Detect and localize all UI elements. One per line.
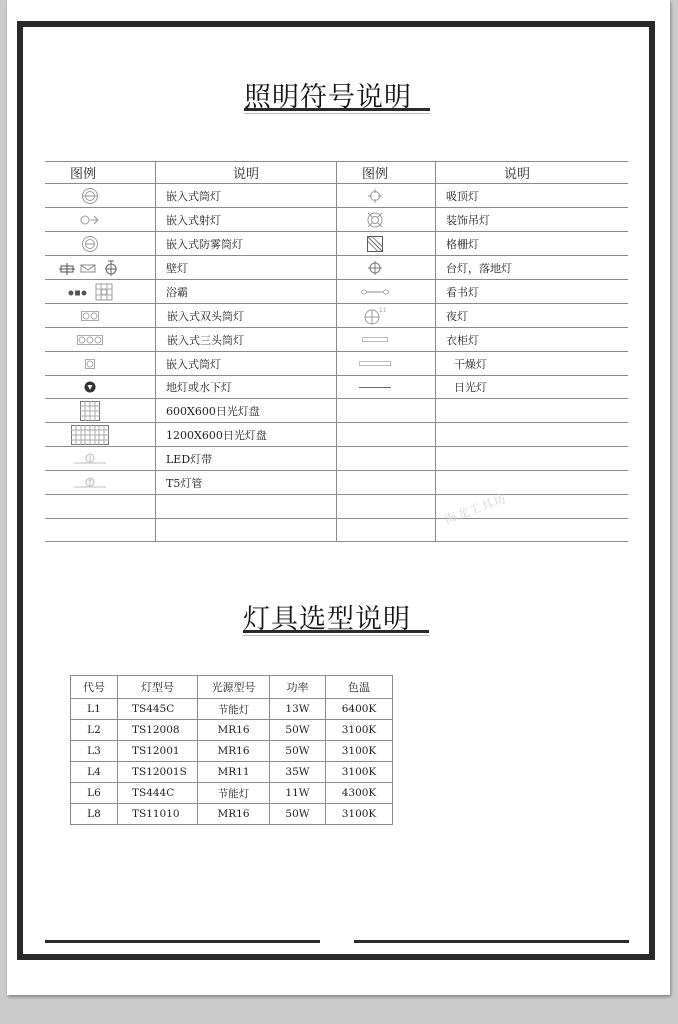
cell-fixture-model: TS444C bbox=[118, 783, 198, 804]
signature-line-left bbox=[45, 940, 320, 943]
cell-color-temp: 3100K bbox=[326, 741, 393, 762]
header-light-source: 光源型号 bbox=[198, 676, 270, 699]
dryer-lamp-icon bbox=[337, 352, 413, 375]
legend-left-label: 壁灯 bbox=[156, 256, 336, 279]
recessed-spotlight-icon bbox=[45, 208, 135, 231]
led-strip-icon bbox=[45, 447, 135, 470]
cell-light-source: 节能灯 bbox=[198, 783, 270, 804]
legend-left-label: 浴霸 bbox=[156, 280, 336, 303]
legend-right-label: 衣柜灯 bbox=[436, 328, 626, 351]
legend-left-label: 1200X600日光灯盘 bbox=[156, 423, 336, 446]
cell-power: 13W bbox=[270, 699, 326, 720]
legend-left-label: 地灯或水下灯 bbox=[156, 376, 336, 398]
legend-left-label: 嵌入式三头筒灯 bbox=[157, 328, 337, 351]
title-underline bbox=[244, 108, 430, 111]
legend-left-label: 嵌入式双头筒灯 bbox=[157, 304, 337, 327]
cell-power: 50W bbox=[270, 804, 326, 825]
table-row: L3 TS12001 MR16 50W 3100K bbox=[71, 741, 393, 762]
fluorescent-lamp-icon bbox=[337, 376, 413, 398]
signature-line-right bbox=[354, 940, 629, 943]
cell-fixture-model: TS12008 bbox=[118, 720, 198, 741]
decorative-chandelier-icon bbox=[337, 208, 413, 231]
table-row: L2 TS12008 MR16 50W 3100K bbox=[71, 720, 393, 741]
title-underline-thin bbox=[244, 113, 430, 114]
cell-light-source: MR16 bbox=[198, 804, 270, 825]
document-page: 照明符号说明 图例 说明 图例 说明 bbox=[7, 0, 670, 995]
cell-fixture-model: TS12001S bbox=[118, 762, 198, 783]
recessed-double-downlight-icon bbox=[45, 304, 135, 327]
cell-light-source: MR11 bbox=[198, 762, 270, 783]
legend-right-label: 干燥灯 bbox=[444, 352, 634, 375]
header-description-left: 说明 bbox=[156, 162, 336, 183]
ceiling-lamp-icon bbox=[337, 184, 413, 207]
legend-left-label: 嵌入式射灯 bbox=[156, 208, 336, 231]
recessed-triple-downlight-icon bbox=[45, 328, 135, 351]
legend-left-label: 600X600日光灯盘 bbox=[156, 399, 336, 422]
panel-600x600-icon bbox=[45, 399, 135, 422]
legend-right-label: 格栅灯 bbox=[436, 232, 626, 255]
fixture-selection-table: 代号 灯型号 光源型号 功率 色温 L1 TS445C 节能灯 13W 6400… bbox=[70, 675, 393, 825]
cell-power: 11W bbox=[270, 783, 326, 804]
table-row: L1 TS445C 节能灯 13W 6400K bbox=[71, 699, 393, 720]
legend-right-label: 日光灯 bbox=[444, 376, 634, 398]
cell-light-source: MR16 bbox=[198, 720, 270, 741]
table-row: L8 TS11010 MR16 50W 3100K bbox=[71, 804, 393, 825]
wardrobe-lamp-icon bbox=[337, 328, 413, 351]
cell-color-temp: 3100K bbox=[326, 762, 393, 783]
legend-left-label: 嵌入式防雾筒灯 bbox=[156, 232, 336, 255]
cell-code: L8 bbox=[71, 804, 118, 825]
legend-left-label: T5灯管 bbox=[156, 471, 336, 494]
wall-lamp-icon bbox=[45, 256, 135, 279]
cell-power: 50W bbox=[270, 720, 326, 741]
cell-power: 50W bbox=[270, 741, 326, 762]
legend-right-label: 台灯，落地灯 bbox=[436, 256, 626, 279]
table-row: L4 TS12001S MR11 35W 3100K bbox=[71, 762, 393, 783]
cell-light-source: 节能灯 bbox=[198, 699, 270, 720]
cell-fixture-model: TS445C bbox=[118, 699, 198, 720]
header-legend-right: 图例 bbox=[337, 162, 413, 183]
floor-underwater-lamp-icon bbox=[45, 376, 135, 398]
legend-right-label: 吸顶灯 bbox=[436, 184, 626, 207]
cell-light-source: MR16 bbox=[198, 741, 270, 762]
recessed-square-downlight-icon bbox=[45, 352, 135, 375]
grille-lamp-icon bbox=[337, 232, 413, 255]
cell-code: L3 bbox=[71, 741, 118, 762]
cell-fixture-model: TS12001 bbox=[118, 741, 198, 762]
title-underline bbox=[243, 630, 429, 633]
panel-1200x600-icon bbox=[45, 423, 135, 446]
recessed-fogproof-downlight-icon bbox=[45, 232, 135, 255]
legend-left-label: LED灯带 bbox=[156, 447, 336, 470]
cell-color-temp: 3100K bbox=[326, 804, 393, 825]
svg-text:11: 11 bbox=[379, 307, 386, 314]
header-description-right: 说明 bbox=[436, 162, 598, 183]
legend-right-label: 装饰吊灯 bbox=[436, 208, 626, 231]
header-fixture-model: 灯型号 bbox=[118, 676, 198, 699]
cell-code: L4 bbox=[71, 762, 118, 783]
cell-fixture-model: TS11010 bbox=[118, 804, 198, 825]
legend-left-label: 嵌入式筒灯 bbox=[156, 184, 336, 207]
cell-code: L6 bbox=[71, 783, 118, 804]
night-lamp-icon: 11 bbox=[337, 304, 413, 327]
legend-right-label: 看书灯 bbox=[436, 280, 626, 303]
table-floor-lamp-icon bbox=[337, 256, 413, 279]
cell-code: L1 bbox=[71, 699, 118, 720]
header-legend-left: 图例 bbox=[45, 162, 121, 183]
cell-power: 35W bbox=[270, 762, 326, 783]
t5-tube-icon bbox=[45, 471, 135, 494]
header-color-temp: 色温 bbox=[326, 676, 393, 699]
header-power: 功率 bbox=[270, 676, 326, 699]
table-header-row: 代号 灯型号 光源型号 功率 色温 bbox=[71, 676, 393, 699]
cell-color-temp: 4300K bbox=[326, 783, 393, 804]
cell-color-temp: 6400K bbox=[326, 699, 393, 720]
bath-heater-icon bbox=[45, 280, 135, 303]
legend-left-label: 嵌入式筒灯 bbox=[156, 352, 336, 375]
cell-color-temp: 3100K bbox=[326, 720, 393, 741]
header-code: 代号 bbox=[71, 676, 118, 699]
legend-right-label: 夜灯 bbox=[436, 304, 626, 327]
title-underline-thin bbox=[243, 635, 429, 636]
table-row: L6 TS444C 节能灯 11W 4300K bbox=[71, 783, 393, 804]
reading-lamp-icon bbox=[337, 280, 413, 303]
recessed-downlight-icon bbox=[45, 184, 135, 207]
cell-code: L2 bbox=[71, 720, 118, 741]
